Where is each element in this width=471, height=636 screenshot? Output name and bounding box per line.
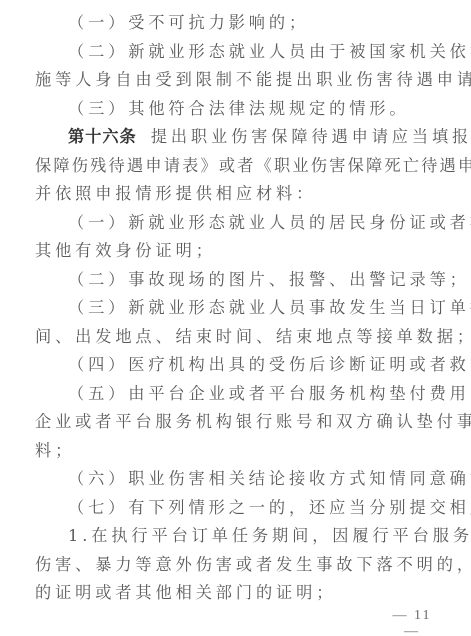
line-text: （二）事故现场的图片、报警、出警记录等； [68, 270, 470, 289]
line-text: 1.在执行平台订单任务期间，因履行平台服务内容受到事故 [68, 526, 471, 545]
material-item-4: （四）医疗机构出具的受伤后诊断证明或者救治记录； [68, 354, 437, 376]
article-heading: 第十六条 [68, 127, 137, 146]
material-item-5-cont-1: 企业或者平台服务机构银行账号和双方确认垫付事实的书面材 [35, 411, 437, 433]
document-page: （一）受不可抗力影响的； （二）新就业形态就业人员由于被国家机关依法采取强制措 … [0, 0, 471, 636]
line-text: （一）受不可抗力影响的； [68, 13, 309, 32]
line-text: （七）有下列情形之一的，还应当分别提交相应证明材料： [68, 498, 471, 517]
material-item-2: （二）事故现场的图片、报警、出警记录等； [68, 269, 437, 291]
material-item-1: （一）新就业形态就业人员的居民身份证或者社会保障卡等 [68, 212, 437, 234]
line-text: （四）医疗机构出具的受伤后诊断证明或者救治记录； [68, 355, 471, 374]
line-text: （三）新就业形态就业人员事故发生当日订单执行开始时 [68, 298, 471, 317]
material-item-6: （六）职业伤害相关结论接收方式知情同意确认书； [68, 468, 437, 490]
line-text: 间、出发地点、结束时间、结束地点等接单数据； [35, 327, 471, 346]
material-item-1-cont: 其他有效身份证明； [35, 240, 437, 262]
line-text: 提出职业伤害保障待遇申请应当填报《职业伤害 [151, 127, 471, 146]
line-text: 的证明或者其他相关部门的证明； [35, 583, 336, 602]
material-item-3: （三）新就业形态就业人员事故发生当日订单执行开始时 [68, 297, 437, 319]
material-item-7: （七）有下列情形之一的，还应当分别提交相应证明材料： [68, 497, 437, 519]
line-text: 并依照申报情形提供相应材料： [35, 184, 316, 203]
clause-item-1: （一）受不可抗力影响的； [68, 12, 437, 34]
line-text: （一）新就业形态就业人员的居民身份证或者社会保障卡等 [68, 213, 471, 232]
clause-item-3: （三）其他符合法律法规规定的情形。 [68, 98, 437, 120]
article-16-cont-1: 保障伤残待遇申请表》或者《职业伤害保障死亡待遇申请表》， [35, 155, 437, 177]
material-item-5: （五）由平台企业或者平台服务机构垫付费用的，提供平台 [68, 383, 437, 405]
line-text: 保障伤残待遇申请表》或者《职业伤害保障死亡待遇申请表》， [35, 156, 471, 175]
line-text: 其他有效身份证明； [35, 241, 216, 260]
line-text: （五）由平台企业或者平台服务机构垫付费用的，提供平台 [68, 384, 471, 403]
line-text: （六）职业伤害相关结论接收方式知情同意确认书； [68, 469, 471, 488]
material-item-3-cont: 间、出发地点、结束时间、结束地点等接单数据； [35, 326, 437, 348]
line-text: （三）其他符合法律法规规定的情形。 [68, 99, 410, 118]
clause-item-2-cont: 施等人身自由受到限制不能提出职业伤害待遇申请的； [35, 69, 437, 91]
sub-item-1-cont-2: 的证明或者其他相关部门的证明； [35, 582, 437, 604]
page-number: — 11 — [386, 608, 438, 636]
article-16: 第十六条提出职业伤害保障待遇申请应当填报《职业伤害 [68, 126, 437, 148]
line-text: 施等人身自由受到限制不能提出职业伤害待遇申请的； [35, 70, 471, 89]
line-text: 料； [35, 441, 75, 460]
line-text: 伤害、暴力等意外伤害或者发生事故下落不明的，提交公安机关 [35, 555, 471, 574]
sub-item-1-cont-1: 伤害、暴力等意外伤害或者发生事故下落不明的，提交公安机关 [35, 554, 437, 576]
clause-item-2: （二）新就业形态就业人员由于被国家机关依法采取强制措 [68, 41, 437, 63]
article-16-cont-2: 并依照申报情形提供相应材料： [35, 183, 437, 205]
sub-item-1: 1.在执行平台订单任务期间，因履行平台服务内容受到事故 [68, 525, 437, 547]
line-text: 企业或者平台服务机构银行账号和双方确认垫付事实的书面材 [35, 412, 471, 431]
material-item-5-cont-2: 料； [35, 440, 437, 462]
line-text: （二）新就业形态就业人员由于被国家机关依法采取强制措 [68, 42, 471, 61]
